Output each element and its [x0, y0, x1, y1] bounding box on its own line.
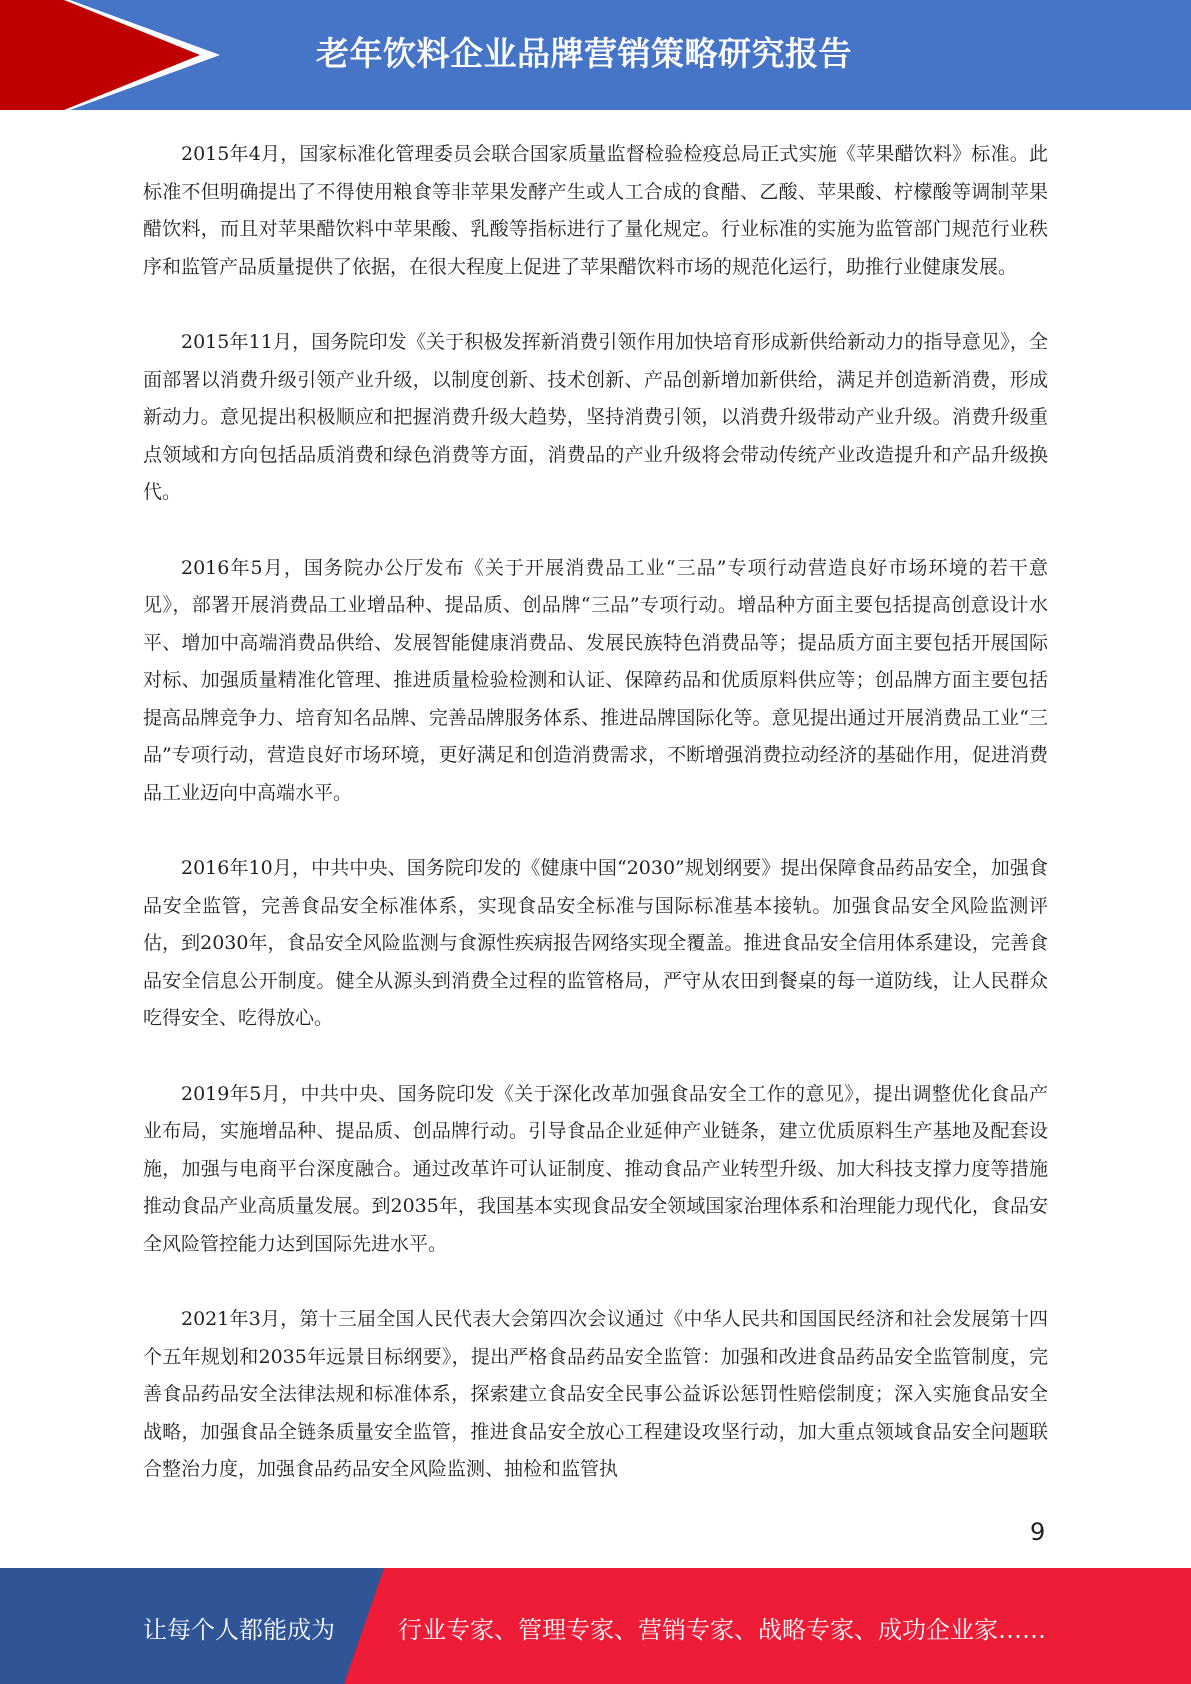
footer-slogan-left: 让每个人都能成为: [143, 1610, 335, 1645]
paragraph-2015-nov: 2015年11月，国务院印发《关于积极发挥新消费引领作用加快培育形成新供给新动力…: [143, 324, 1048, 512]
header-banner: 老年饮料企业品牌营销策略研究报告: [0, 0, 1191, 110]
paragraph-2015-apr: 2015年4月，国家标准化管理委员会联合国家质量监督检验检疫总局正式实施《苹果醋…: [143, 136, 1048, 286]
footer-slogan-right: 行业专家、管理专家、营销专家、战略专家、成功企业家……: [398, 1610, 1046, 1645]
paragraph-2016-may: 2016年5月，国务院办公厅发布《关于开展消费品工业“三品”专项行动营造良好市场…: [143, 550, 1048, 813]
chevron-decoration: [0, 0, 64, 110]
footer-banner: 让每个人都能成为 行业专家、管理专家、营销专家、战略专家、成功企业家……: [0, 1568, 1191, 1684]
document-title: 老年饮料企业品牌营销策略研究报告: [316, 28, 852, 75]
paragraph-2019-may: 2019年5月，中共中央、国务院印发《关于深化改革加强食品安全工作的意见》，提出…: [143, 1076, 1048, 1264]
paragraph-2021-mar: 2021年3月，第十三届全国人民代表大会第四次会议通过《中华人民共和国国民经济和…: [143, 1301, 1048, 1489]
paragraph-2016-oct: 2016年10月，中共中央、国务院印发的《健康中国“2030”规划纲要》提出保障…: [143, 850, 1048, 1038]
chevron-arrow-icon: [64, 0, 200, 110]
page-number: 9: [1030, 1518, 1045, 1546]
document-body: 2015年4月，国家标准化管理委员会联合国家质量监督检验检疫总局正式实施《苹果醋…: [143, 136, 1048, 1527]
